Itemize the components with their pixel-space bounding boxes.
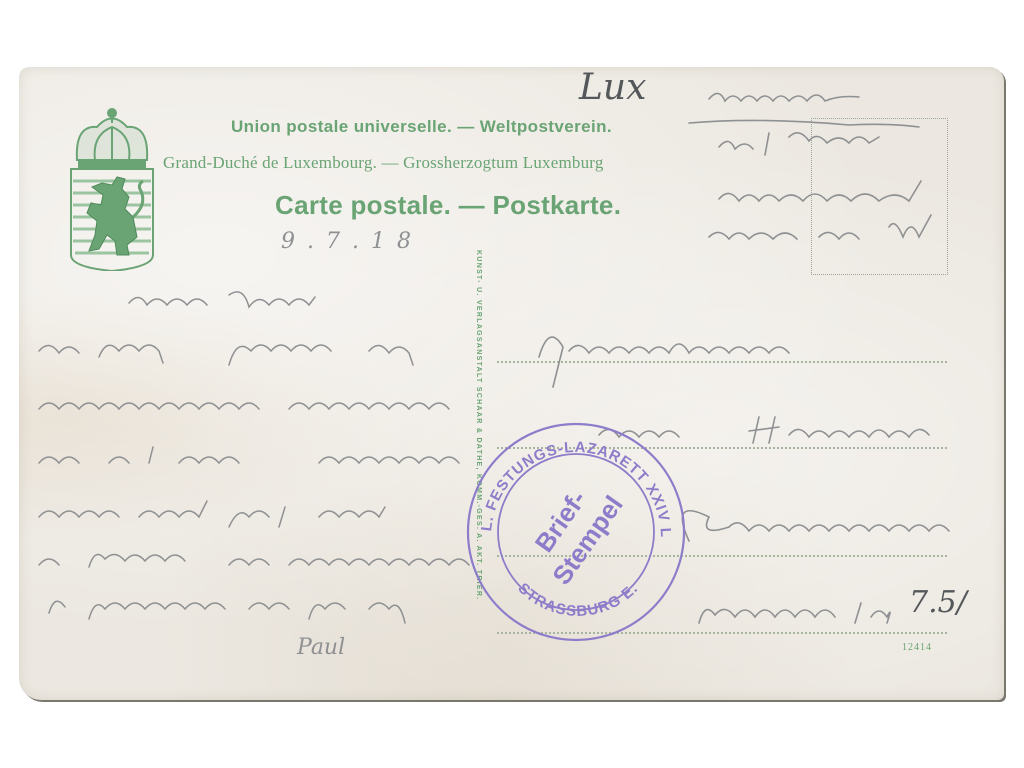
handwritten-lux: Lux bbox=[579, 67, 646, 108]
svg-text:STRASSBURG E.: STRASSBURG E. bbox=[514, 580, 641, 620]
handwritten-signature: Paul bbox=[297, 635, 345, 660]
header-upu: Union postale universelle. — Weltpostver… bbox=[231, 117, 612, 137]
stamp-outer-bottom: STRASSBURG E. bbox=[514, 580, 641, 620]
handwritten-message bbox=[29, 267, 469, 667]
handwritten-price: 7.5/ bbox=[909, 585, 967, 620]
crowned-lion-shield-icon bbox=[67, 105, 157, 271]
handwriting-top-right bbox=[699, 77, 939, 277]
price-note: 7.5/ bbox=[909, 585, 967, 620]
postcard: Union postale universelle. — Weltpostver… bbox=[19, 67, 1004, 700]
header-luxembourg: Grand-Duché de Luxembourg. — Grossherzog… bbox=[163, 153, 604, 173]
hospital-letter-stamp: KAISERL. FESTUNGS-LAZARETT XXIV LYZEUM S… bbox=[461, 417, 691, 647]
handwritten-date: 9.7.18 bbox=[281, 229, 423, 254]
header-carte-postale: Carte postale. — Postkarte. bbox=[275, 190, 621, 221]
